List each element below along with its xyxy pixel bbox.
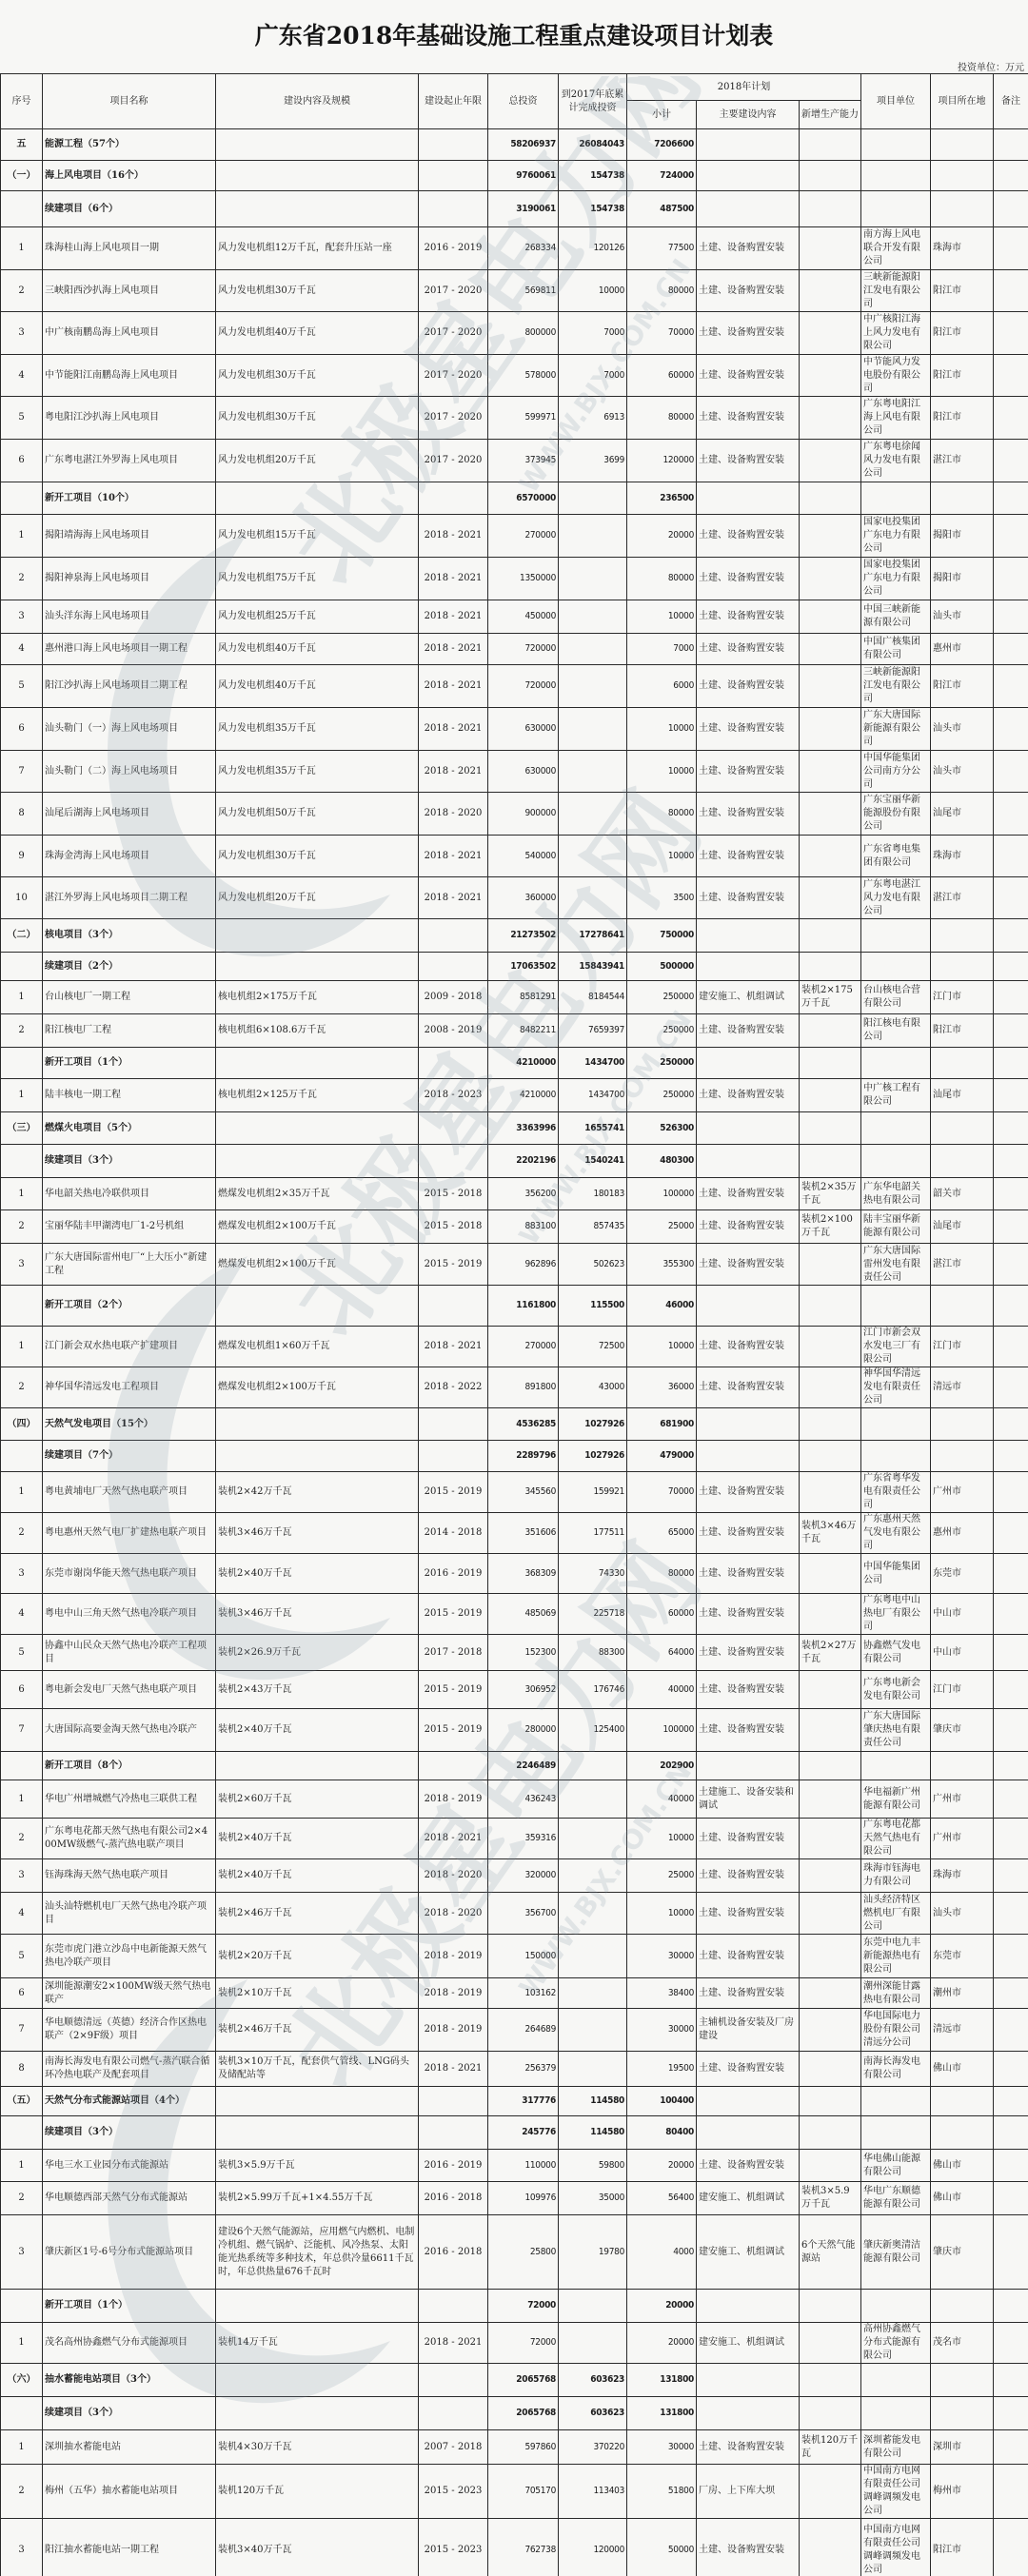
table-row: 2三峡阳西沙扒海上风电项目风力发电机组30万千瓦2017 - 202056981… bbox=[1, 270, 1028, 312]
cell-total: 264689 bbox=[488, 2009, 559, 2052]
cell-period: 2016 - 2018 bbox=[419, 2182, 488, 2215]
cell-completed bbox=[559, 665, 627, 708]
table-row: 9珠海金湾海上风电场项目风力发电机组30万千瓦2018 - 2021540000… bbox=[1, 836, 1028, 877]
cell-capacity bbox=[800, 1819, 861, 1859]
cell-period: 2017 - 2018 bbox=[419, 1635, 488, 1671]
cell-total: 320000 bbox=[488, 1859, 559, 1893]
cell-period: 2016 - 2019 bbox=[419, 1554, 488, 1594]
cell-name: 阳江沙扒海上风电场项目二期工程 bbox=[43, 665, 216, 708]
cell-location bbox=[931, 1286, 994, 1327]
cell-content: 风力发电机组50万千瓦 bbox=[216, 793, 419, 836]
cell-content: 核电机组2×125万千瓦 bbox=[216, 1079, 419, 1112]
cell-location: 韶关市 bbox=[931, 1178, 994, 1210]
table-row: 2梅州（五华）抽水蓄能电站项目装机120万千瓦2015 - 2023705170… bbox=[1, 2465, 1028, 2519]
cell-remark bbox=[994, 1112, 1028, 1145]
cell-subtotal: 681900 bbox=[627, 1408, 697, 1441]
table-row: 4中节能阳江南鹏岛海上风电项目风力发电机组30万千瓦2017 - 2020578… bbox=[1, 355, 1028, 397]
cell-completed bbox=[559, 793, 627, 836]
cell-unit: 广东华电韶关热电有限公司 bbox=[861, 1178, 931, 1210]
cell-content: 风力发电机组30万千瓦 bbox=[216, 270, 419, 312]
header-plan-group: 2018年计划 bbox=[627, 74, 861, 101]
cell-seq bbox=[1, 2116, 43, 2150]
cell-content: 装机2×5.99万千瓦+1×4.55万千瓦 bbox=[216, 2182, 419, 2215]
cell-seq: 1 bbox=[1, 2323, 43, 2364]
cell-unit bbox=[861, 1048, 931, 1079]
cell-seq: 2 bbox=[1, 1014, 43, 1048]
header-name: 项目名称 bbox=[43, 74, 216, 129]
cell-main bbox=[697, 161, 800, 191]
cell-total: 630000 bbox=[488, 708, 559, 751]
cell-completed: 154738 bbox=[559, 191, 627, 227]
cell-completed bbox=[559, 708, 627, 751]
table-row: 1茂名高州协鑫燃气分布式能源项目装机14万千瓦2018 - 2021720002… bbox=[1, 2323, 1028, 2364]
cell-remark bbox=[994, 2397, 1028, 2430]
cell-name: 能源工程（57个） bbox=[43, 129, 216, 161]
cell-unit: 中国南方电网有限责任公司调峰调频发电公司 bbox=[861, 2519, 931, 2576]
cell-capacity: 装机2×35万千瓦 bbox=[800, 1178, 861, 1210]
cell-content bbox=[216, 1145, 419, 1178]
cell-subtotal: 250000 bbox=[627, 1048, 697, 1079]
cell-name: 续建项目（3个） bbox=[43, 2397, 216, 2430]
cell-main: 土建、设备购置安装 bbox=[697, 270, 800, 312]
cell-name: 茂名高州协鑫燃气分布式能源项目 bbox=[43, 2323, 216, 2364]
cell-subtotal: 77500 bbox=[627, 227, 697, 270]
cell-location: 湛江市 bbox=[931, 1244, 994, 1286]
cell-capacity bbox=[800, 2465, 861, 2519]
cell-seq: 3 bbox=[1, 1554, 43, 1594]
cell-completed bbox=[559, 877, 627, 919]
cell-name: 揭阳靖海海上风电场项目 bbox=[43, 515, 216, 558]
cell-seq: （一） bbox=[1, 161, 43, 191]
cell-location: 清远市 bbox=[931, 2009, 994, 2052]
cell-seq bbox=[1, 2397, 43, 2430]
cell-name: 汕头勒门（二）海上风电场项目 bbox=[43, 751, 216, 793]
cell-completed: 7000 bbox=[559, 355, 627, 397]
cell-capacity bbox=[800, 1048, 861, 1079]
cell-capacity bbox=[800, 397, 861, 440]
cell-name: 抽水蓄能电站项目（3个） bbox=[43, 2364, 216, 2397]
cell-main: 土建、设备购置安装 bbox=[697, 1635, 800, 1671]
cell-total: 373945 bbox=[488, 440, 559, 482]
cell-remark bbox=[994, 558, 1028, 600]
cell-total: 569811 bbox=[488, 270, 559, 312]
cell-remark bbox=[994, 751, 1028, 793]
cell-unit: 广东粤电徐闻风力发电有限公司 bbox=[861, 440, 931, 482]
subsection-row: 新开工项目（1个）42100001434700250000 bbox=[1, 1048, 1028, 1079]
cell-seq bbox=[1, 1752, 43, 1780]
cell-seq: 5 bbox=[1, 665, 43, 708]
cell-seq bbox=[1, 1441, 43, 1472]
cell-completed bbox=[559, 1859, 627, 1893]
cell-name: 深圳抽水蓄能电站 bbox=[43, 2430, 216, 2465]
cell-main: 土建、设备购置安装 bbox=[697, 751, 800, 793]
cell-main: 土建、设备购置安装 bbox=[697, 227, 800, 270]
cell-total: 630000 bbox=[488, 751, 559, 793]
cell-total: 306952 bbox=[488, 1671, 559, 1709]
cell-content bbox=[216, 129, 419, 161]
cell-name: 汕头洋东海上风电场项目 bbox=[43, 600, 216, 634]
cell-period: 2015 - 2019 bbox=[419, 1472, 488, 1513]
cell-period: 2016 - 2018 bbox=[419, 2215, 488, 2290]
cell-completed bbox=[559, 1780, 627, 1819]
cell-capacity bbox=[800, 129, 861, 161]
cell-main: 土建、设备购置安装 bbox=[697, 1978, 800, 2009]
cell-main: 土建、设备购置安装 bbox=[697, 2052, 800, 2087]
table-row: 8南海长海发电有限公司燃气-蒸汽联合循环冷热电联产及配套项目装机3×10万千瓦，… bbox=[1, 2052, 1028, 2087]
cell-remark bbox=[994, 1048, 1028, 1079]
cell-unit bbox=[861, 1408, 931, 1441]
cell-capacity bbox=[800, 1752, 861, 1780]
cell-capacity bbox=[800, 482, 861, 515]
cell-remark bbox=[994, 708, 1028, 751]
cell-total: 962896 bbox=[488, 1244, 559, 1286]
cell-capacity bbox=[800, 1367, 861, 1408]
cell-capacity bbox=[800, 919, 861, 953]
cell-subtotal: 64000 bbox=[627, 1635, 697, 1671]
cell-unit bbox=[861, 2087, 931, 2116]
table-row: 3广东大唐国际雷州电厂“上大压小”新建工程燃煤发电机组2×100万千瓦2015 … bbox=[1, 1244, 1028, 1286]
cell-unit: 汕头经济特区燃机电厂有限公司 bbox=[861, 1893, 931, 1935]
cell-total: 705170 bbox=[488, 2465, 559, 2519]
cell-subtotal: 250000 bbox=[627, 1014, 697, 1048]
cell-unit: 肇庆新奥清洁能源有限公司 bbox=[861, 2215, 931, 2290]
cell-seq: 3 bbox=[1, 2215, 43, 2290]
cell-capacity bbox=[800, 558, 861, 600]
cell-subtotal: 10000 bbox=[627, 1327, 697, 1367]
cell-subtotal: 10000 bbox=[627, 836, 697, 877]
cell-seq: 1 bbox=[1, 1327, 43, 1367]
cell-unit: 国家电投集团广东电力有限公司 bbox=[861, 515, 931, 558]
cell-location: 东莞市 bbox=[931, 1554, 994, 1594]
cell-unit: 江门市新会双水发电三厂有限公司 bbox=[861, 1327, 931, 1367]
cell-period bbox=[419, 2364, 488, 2397]
cell-total: 8581291 bbox=[488, 981, 559, 1014]
cell-subtotal: 65000 bbox=[627, 1513, 697, 1554]
cell-content: 装机2×46万千瓦 bbox=[216, 2009, 419, 2052]
cell-total: 256379 bbox=[488, 2052, 559, 2087]
cell-completed bbox=[559, 751, 627, 793]
cell-content: 装机2×40万千瓦 bbox=[216, 1859, 419, 1893]
cell-completed: 1434700 bbox=[559, 1048, 627, 1079]
cell-capacity bbox=[800, 2116, 861, 2150]
subsection-row: 新开工项目（2个）116180011550046000 bbox=[1, 1286, 1028, 1327]
cell-capacity: 装机2×27万千瓦 bbox=[800, 1635, 861, 1671]
cell-completed bbox=[559, 1978, 627, 2009]
cell-remark bbox=[994, 2182, 1028, 2215]
cell-seq: 1 bbox=[1, 227, 43, 270]
cell-subtotal: 10000 bbox=[627, 600, 697, 634]
table-row: 1江门新会双水热电联产扩建项目燃煤发电机组1×60万千瓦2018 - 20212… bbox=[1, 1327, 1028, 1367]
cell-period bbox=[419, 953, 488, 981]
subsection-row: 续建项目（3个）24577611458080400 bbox=[1, 2116, 1028, 2150]
cell-remark bbox=[994, 355, 1028, 397]
cell-completed: 154738 bbox=[559, 161, 627, 191]
cell-unit: 广东惠州天然气发电有限公司 bbox=[861, 1513, 931, 1554]
cell-seq: （二） bbox=[1, 919, 43, 953]
table-row: 3钰海珠海天然气热电联产项目装机2×40万千瓦2018 - 2020320000… bbox=[1, 1859, 1028, 1893]
cell-subtotal: 25000 bbox=[627, 1210, 697, 1244]
cell-completed bbox=[559, 836, 627, 877]
cell-location: 江门市 bbox=[931, 1327, 994, 1367]
cell-total: 359316 bbox=[488, 1819, 559, 1859]
cell-seq: 7 bbox=[1, 751, 43, 793]
cell-content: 燃煤发电机组2×100万千瓦 bbox=[216, 1367, 419, 1408]
cell-subtotal: 10000 bbox=[627, 1819, 697, 1859]
cell-content: 风力发电机组20万千瓦 bbox=[216, 440, 419, 482]
cell-period: 2015 - 2019 bbox=[419, 1244, 488, 1286]
cell-content bbox=[216, 2364, 419, 2397]
cell-remark bbox=[994, 665, 1028, 708]
cell-main: 土建、设备购置安装 bbox=[697, 1893, 800, 1935]
table-row: 7华电顺德清远（英德）经济合作区热电联产（2×9F级）项目装机2×46万千瓦20… bbox=[1, 2009, 1028, 2052]
cell-content: 装机2×26.9万千瓦 bbox=[216, 1635, 419, 1671]
cell-subtotal: 100400 bbox=[627, 2087, 697, 2116]
cell-seq: 2 bbox=[1, 558, 43, 600]
cell-subtotal: 10000 bbox=[627, 1893, 697, 1935]
cell-seq: 7 bbox=[1, 1709, 43, 1752]
cell-completed: 43000 bbox=[559, 1367, 627, 1408]
table-row: 5阳江沙扒海上风电场项目二期工程风力发电机组40万千瓦2018 - 202172… bbox=[1, 665, 1028, 708]
cell-location: 茂名市 bbox=[931, 2323, 994, 2364]
cell-content bbox=[216, 1408, 419, 1441]
cell-seq bbox=[1, 1145, 43, 1178]
cell-remark bbox=[994, 440, 1028, 482]
cell-period: 2017 - 2020 bbox=[419, 355, 488, 397]
cell-unit bbox=[861, 1752, 931, 1780]
cell-period bbox=[419, 1286, 488, 1327]
cell-completed bbox=[559, 558, 627, 600]
cell-capacity bbox=[800, 191, 861, 227]
cell-unit: 华电广东顺德能源有限公司 bbox=[861, 2182, 931, 2215]
cell-unit: 中节能风力发电股份有限公司 bbox=[861, 355, 931, 397]
cell-remark bbox=[994, 953, 1028, 981]
cell-content: 核电机组6×108.6万千瓦 bbox=[216, 1014, 419, 1048]
cell-main: 土建、设备购置安装 bbox=[697, 1935, 800, 1978]
cell-content: 装机2×20万千瓦 bbox=[216, 1935, 419, 1978]
cell-main bbox=[697, 1286, 800, 1327]
cell-subtotal: 46000 bbox=[627, 1286, 697, 1327]
cell-remark bbox=[994, 1671, 1028, 1709]
cell-total: 2289796 bbox=[488, 1441, 559, 1472]
cell-name: 核电项目（3个） bbox=[43, 919, 216, 953]
cell-period: 2015 - 2023 bbox=[419, 2465, 488, 2519]
cell-unit: 三峡新能源阳江发电有限公司 bbox=[861, 665, 931, 708]
cell-main: 土建、设备购置安装 bbox=[697, 1671, 800, 1709]
cell-capacity bbox=[800, 1145, 861, 1178]
cell-name: 续建项目（3个） bbox=[43, 2116, 216, 2150]
cell-unit: 中国华能集团公司南方分公司 bbox=[861, 751, 931, 793]
cell-subtotal: 100000 bbox=[627, 1709, 697, 1752]
cell-capacity bbox=[800, 2052, 861, 2087]
cell-main: 建安施工、机组调试 bbox=[697, 981, 800, 1014]
cell-capacity bbox=[800, 2519, 861, 2576]
cell-main: 土建、设备购置安装 bbox=[697, 877, 800, 919]
table-row: 2宝丽华陆丰甲湖湾电厂1-2号机组燃煤发电机组2×100万千瓦2015 - 20… bbox=[1, 1210, 1028, 1244]
cell-seq: 4 bbox=[1, 355, 43, 397]
cell-location: 阳江市 bbox=[931, 1014, 994, 1048]
cell-name: 广东粤电湛江外罗海上风电项目 bbox=[43, 440, 216, 482]
cell-location: 珠海市 bbox=[931, 836, 994, 877]
cell-total: 72000 bbox=[488, 2290, 559, 2323]
cell-capacity bbox=[800, 1554, 861, 1594]
cell-subtotal: 70000 bbox=[627, 312, 697, 355]
cell-total: 17063502 bbox=[488, 953, 559, 981]
cell-capacity bbox=[800, 1978, 861, 2009]
header-new-capacity: 新增生产能力 bbox=[800, 101, 861, 129]
cell-unit bbox=[861, 919, 931, 953]
cell-location bbox=[931, 1408, 994, 1441]
cell-name: 南海长海发电有限公司燃气-蒸汽联合循环冷热电联产及配套项目 bbox=[43, 2052, 216, 2087]
cell-seq: 6 bbox=[1, 440, 43, 482]
cell-subtotal: 30000 bbox=[627, 2430, 697, 2465]
cell-completed bbox=[559, 1752, 627, 1780]
cell-completed: 74330 bbox=[559, 1554, 627, 1594]
cell-main: 主辅机设备安装及厂房建设 bbox=[697, 2009, 800, 2052]
cell-seq: 1 bbox=[1, 2150, 43, 2182]
cell-period: 2018 - 2022 bbox=[419, 1367, 488, 1408]
cell-main bbox=[697, 2116, 800, 2150]
cell-location: 阳江市 bbox=[931, 397, 994, 440]
cell-capacity bbox=[800, 1893, 861, 1935]
cell-content: 燃煤发电机组1×60万千瓦 bbox=[216, 1327, 419, 1367]
cell-period: 2018 - 2021 bbox=[419, 665, 488, 708]
cell-location: 广州市 bbox=[931, 1819, 994, 1859]
cell-remark bbox=[994, 836, 1028, 877]
cell-unit: 中国华能集团公司 bbox=[861, 1554, 931, 1594]
table-row: 8汕尾后湖海上风电场项目风力发电机组50万千瓦2018 - 2020900000… bbox=[1, 793, 1028, 836]
cell-period: 2018 - 2021 bbox=[419, 1327, 488, 1367]
cell-location: 阳江市 bbox=[931, 355, 994, 397]
unit-note: 投资单位：万元 bbox=[958, 59, 1024, 73]
cell-capacity bbox=[800, 1780, 861, 1819]
cell-period bbox=[419, 161, 488, 191]
cell-remark bbox=[994, 1709, 1028, 1752]
cell-period bbox=[419, 1145, 488, 1178]
cell-location: 汕头市 bbox=[931, 600, 994, 634]
cell-location bbox=[931, 2397, 994, 2430]
cell-subtotal: 38400 bbox=[627, 1978, 697, 2009]
cell-capacity bbox=[800, 1594, 861, 1635]
header-unit: 项目单位 bbox=[861, 74, 931, 129]
cell-seq bbox=[1, 953, 43, 981]
cell-period: 2016 - 2019 bbox=[419, 227, 488, 270]
cell-period: 2015 - 2018 bbox=[419, 1210, 488, 1244]
cell-remark bbox=[994, 1145, 1028, 1178]
cell-period: 2018 - 2021 bbox=[419, 515, 488, 558]
cell-capacity bbox=[800, 355, 861, 397]
cell-content: 风力发电机组30万千瓦 bbox=[216, 836, 419, 877]
cell-total: 245776 bbox=[488, 2116, 559, 2150]
cell-unit bbox=[861, 2116, 931, 2150]
cell-seq: （四） bbox=[1, 1408, 43, 1441]
cell-completed bbox=[559, 2290, 627, 2323]
cell-unit: 广东粤电湛江风力发电有限公司 bbox=[861, 877, 931, 919]
cell-content: 装机2×60万千瓦 bbox=[216, 1780, 419, 1819]
cell-period: 2018 - 2020 bbox=[419, 1859, 488, 1893]
cell-main: 建安施工、机组调试 bbox=[697, 2182, 800, 2215]
cell-completed: 26084043 bbox=[559, 129, 627, 161]
cell-capacity bbox=[800, 2323, 861, 2364]
cell-location: 珠海市 bbox=[931, 1859, 994, 1893]
table-row: 5协鑫中山民众天然气热电冷联产工程项目装机2×26.9万千瓦2017 - 201… bbox=[1, 1635, 1028, 1671]
cell-total: 109976 bbox=[488, 2182, 559, 2215]
cell-seq: （五） bbox=[1, 2087, 43, 2116]
cell-content bbox=[216, 1752, 419, 1780]
cell-content bbox=[216, 2087, 419, 2116]
cell-content bbox=[216, 482, 419, 515]
cell-seq bbox=[1, 1286, 43, 1327]
cell-main: 土建、设备购置安装 bbox=[697, 634, 800, 665]
cell-completed: 115500 bbox=[559, 1286, 627, 1327]
cell-content bbox=[216, 1048, 419, 1079]
cell-main: 土建、设备购置安装 bbox=[697, 312, 800, 355]
cell-main bbox=[697, 1752, 800, 1780]
cell-unit: 台山核电合营有限公司 bbox=[861, 981, 931, 1014]
cell-unit: 陆丰宝丽华新能源有限公司 bbox=[861, 1210, 931, 1244]
cell-capacity bbox=[800, 1244, 861, 1286]
table-row: 6粤电新会发电厂天然气热电联产项目装机2×43万千瓦2015 - 2019306… bbox=[1, 1671, 1028, 1709]
cell-main: 土建、设备购置安装 bbox=[697, 1327, 800, 1367]
cell-main: 土建、设备购置安装 bbox=[697, 836, 800, 877]
cell-main: 土建、设备购置安装 bbox=[697, 515, 800, 558]
cell-completed: 225718 bbox=[559, 1594, 627, 1635]
cell-subtotal: 20000 bbox=[627, 515, 697, 558]
cell-period bbox=[419, 2397, 488, 2430]
cell-main bbox=[697, 1145, 800, 1178]
cell-content bbox=[216, 161, 419, 191]
cell-location: 中山市 bbox=[931, 1635, 994, 1671]
table-row: 2揭阳神泉海上风电场项目风力发电机组75万千瓦2018 - 2021135000… bbox=[1, 558, 1028, 600]
cell-unit: 神华国华清远发电有限责任公司 bbox=[861, 1367, 931, 1408]
cell-content bbox=[216, 2116, 419, 2150]
cell-unit: 珠海市钰海电力有限公司 bbox=[861, 1859, 931, 1893]
cell-subtotal: 355300 bbox=[627, 1244, 697, 1286]
cell-seq: 1 bbox=[1, 1178, 43, 1210]
cell-period bbox=[419, 129, 488, 161]
table-row: 1华电韶关热电冷联供项目燃煤发电机组2×35万千瓦2015 - 20183562… bbox=[1, 1178, 1028, 1210]
cell-seq: 1 bbox=[1, 1472, 43, 1513]
cell-remark bbox=[994, 1079, 1028, 1112]
cell-content: 风力发电机组40万千瓦 bbox=[216, 665, 419, 708]
cell-seq: 2 bbox=[1, 2182, 43, 2215]
cell-location: 汕尾市 bbox=[931, 1079, 994, 1112]
subsection-row: 续建项目（3个）22021961540241480300 bbox=[1, 1145, 1028, 1178]
cell-location bbox=[931, 161, 994, 191]
cell-period: 2018 - 2020 bbox=[419, 793, 488, 836]
cell-capacity bbox=[800, 708, 861, 751]
cell-completed: 6913 bbox=[559, 397, 627, 440]
cell-content: 核电机组2×175万千瓦 bbox=[216, 981, 419, 1014]
cell-completed: 114580 bbox=[559, 2087, 627, 2116]
cell-content: 建设6个天然气能源站，应用燃气内燃机、电制冷机组、燃气锅炉、泛能机、风冷热泵、太… bbox=[216, 2215, 419, 2290]
cell-content: 风力发电机组12万千瓦，配套升压站一座 bbox=[216, 227, 419, 270]
cell-completed: 8184544 bbox=[559, 981, 627, 1014]
cell-name: 钰海珠海天然气热电联产项目 bbox=[43, 1859, 216, 1893]
cell-content bbox=[216, 1286, 419, 1327]
header-seq: 序号 bbox=[1, 74, 43, 129]
cell-remark bbox=[994, 1014, 1028, 1048]
cell-total: 891800 bbox=[488, 1367, 559, 1408]
cell-content: 风力发电机组35万千瓦 bbox=[216, 751, 419, 793]
cell-location bbox=[931, 1112, 994, 1145]
cell-capacity bbox=[800, 600, 861, 634]
cell-capacity bbox=[800, 836, 861, 877]
cell-total: 883100 bbox=[488, 1210, 559, 1244]
cell-completed: 857435 bbox=[559, 1210, 627, 1244]
cell-name: 东莞市谢岗华能天然气热电联产项目 bbox=[43, 1554, 216, 1594]
cell-content: 装机3×46万千瓦 bbox=[216, 1513, 419, 1554]
cell-seq bbox=[1, 1048, 43, 1079]
